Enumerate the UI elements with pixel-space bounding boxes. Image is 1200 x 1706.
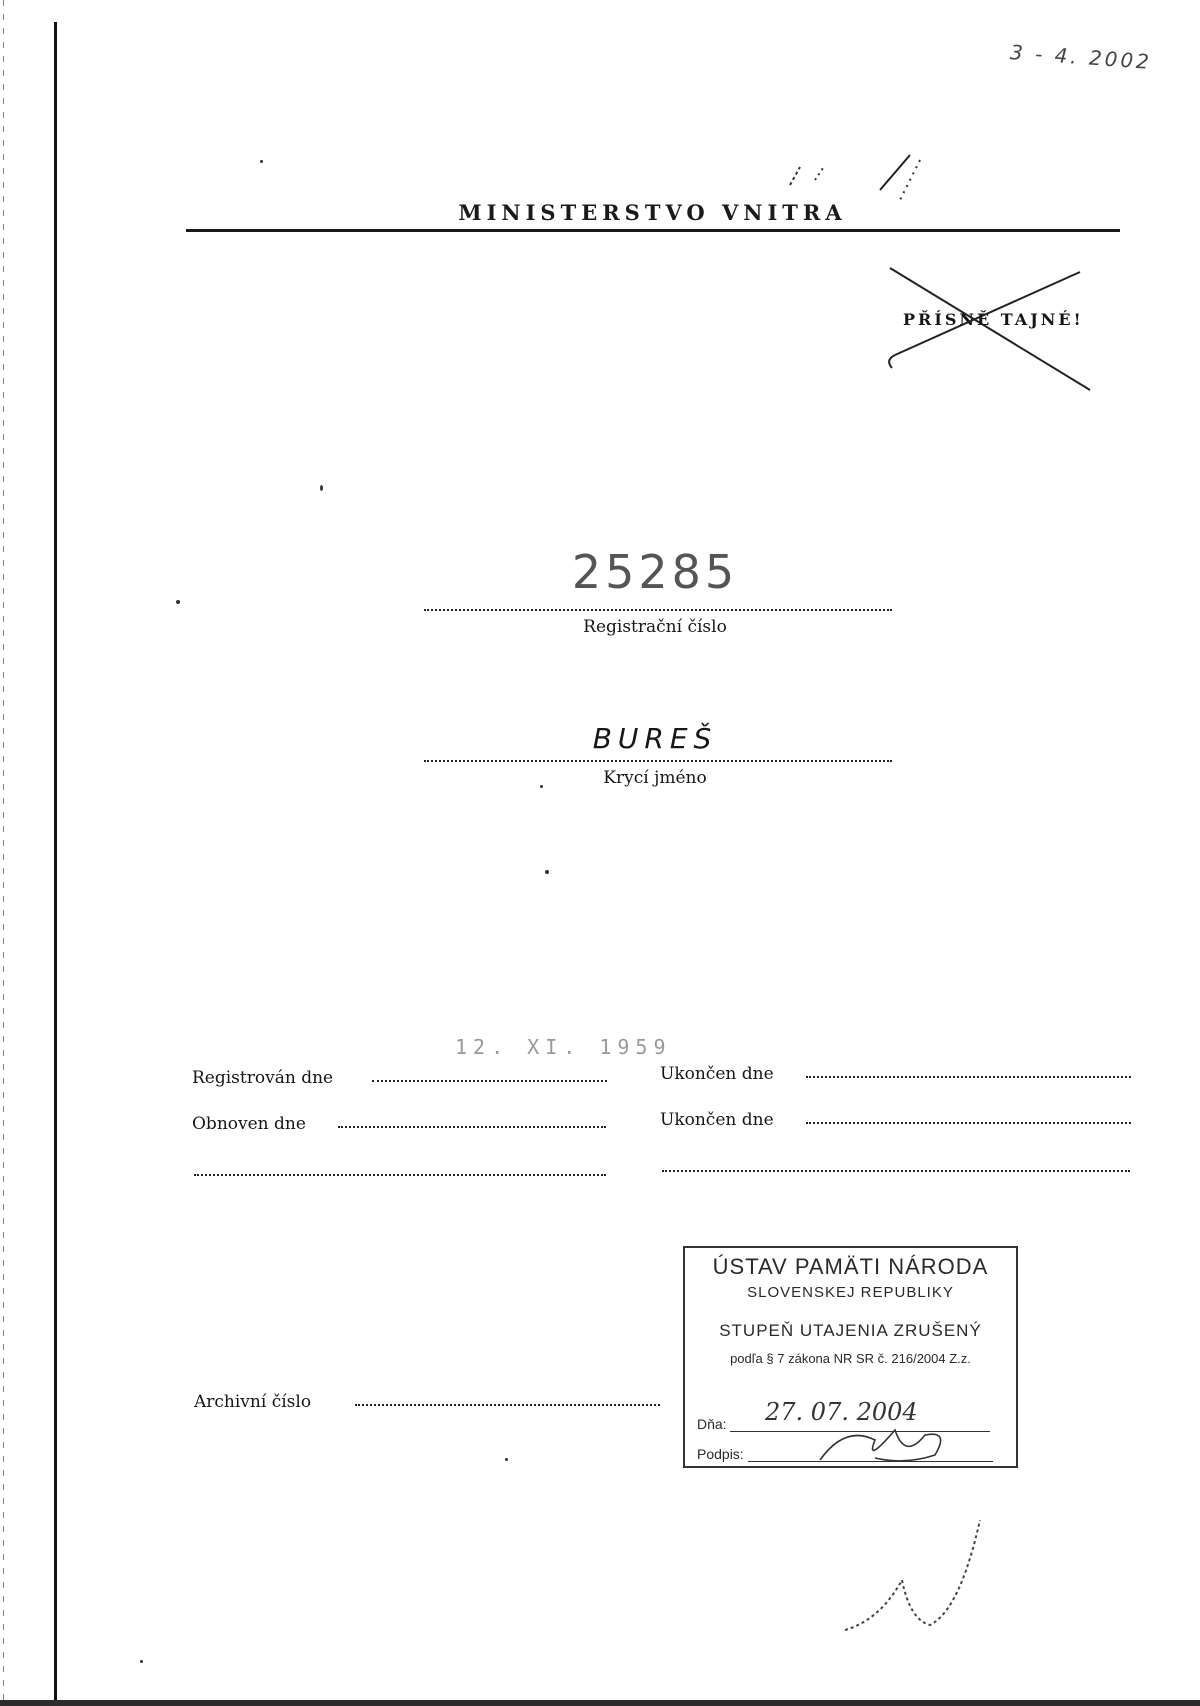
stamp-country: SLOVENSKEJ REPUBLIKY: [685, 1284, 1016, 1301]
header-rule: [186, 229, 1120, 232]
extra-line-right: [662, 1170, 1130, 1172]
ended-label-1: Ukončen dne: [660, 1064, 774, 1084]
stamp-date-label: Dňa:: [697, 1416, 727, 1432]
signature-scrawl: [815, 1420, 955, 1470]
cross-out-mark: [880, 260, 1100, 400]
bottom-border: [0, 1700, 1200, 1706]
renewed-label: Obnoven dne: [192, 1114, 306, 1134]
registration-number-line: [424, 609, 892, 611]
archive-number-line: [355, 1404, 660, 1406]
renewed-line: [338, 1126, 606, 1128]
cover-name-label: Krycí jméno: [420, 768, 890, 788]
folder-spine-line: [54, 22, 57, 1706]
extra-line-left: [194, 1174, 606, 1176]
registered-line: [372, 1080, 607, 1082]
stamp-law-reference: podľa § 7 zákona NR SR č. 216/2004 Z.z.: [685, 1351, 1016, 1366]
ministry-title: MINISTERSTVO VNITRA: [185, 200, 1120, 225]
speck: [540, 785, 543, 788]
speck: [545, 870, 549, 874]
speck: [176, 600, 180, 604]
ended-line-2: [806, 1122, 1131, 1124]
stamp-signature-label: Podpis:: [697, 1446, 744, 1462]
speck: [260, 160, 263, 163]
registration-number: 25285: [420, 545, 890, 599]
cover-name-line: [424, 760, 892, 762]
speck: [140, 1660, 143, 1663]
registered-date-stamp: 12. XI. 1959: [455, 1035, 672, 1059]
pen-marks: [760, 125, 960, 205]
cover-name: BUREŠ: [420, 722, 890, 755]
ended-line-1: [806, 1076, 1131, 1078]
registered-label: Registrován dne: [192, 1068, 333, 1088]
stamp-institution: ÚSTAV PAMÄTI NÁRODA: [685, 1254, 1016, 1280]
registration-number-label: Registrační číslo: [420, 617, 890, 637]
ended-label-2: Ukončen dne: [660, 1110, 774, 1130]
archive-number-label: Archivní číslo: [194, 1392, 311, 1412]
speck: [320, 485, 323, 491]
declassification-stamp: ÚSTAV PAMÄTI NÁRODA SLOVENSKEJ REPUBLIKY…: [683, 1246, 1018, 1468]
pen-scribble: [840, 1510, 1000, 1640]
page-left-edge: [3, 0, 4, 1706]
stamp-status: STUPEŇ UTAJENIA ZRUŠENÝ: [685, 1321, 1016, 1341]
speck: [505, 1458, 508, 1461]
handwritten-note: 3 - 4. 2002: [1009, 40, 1152, 74]
